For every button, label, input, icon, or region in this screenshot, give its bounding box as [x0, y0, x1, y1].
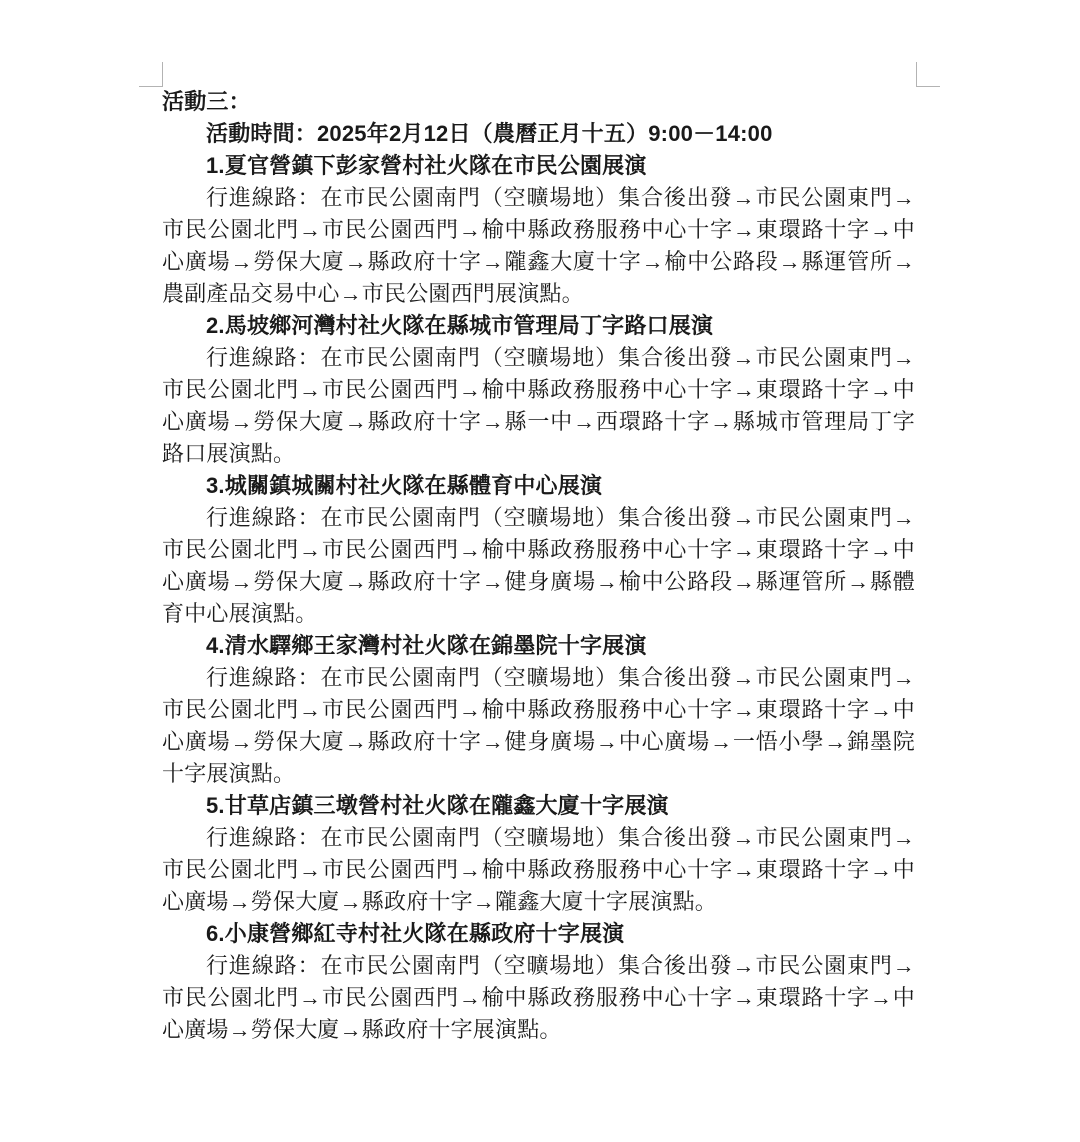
section-title: 6.小康營鄉紅寺村社火隊在縣政府十字展演: [162, 918, 915, 950]
route-line: 市民公園北門→市民公園西門→榆中縣政務服務中心十字→東環路十字→中: [162, 694, 915, 726]
route-line: 行進線路：在市民公園南門（空曠場地）集合後出發→市民公園東門→: [162, 822, 915, 854]
route-line: 市民公園北門→市民公園西門→榆中縣政務服務中心十字→東環路十字→中: [162, 374, 915, 406]
route-line: 育中心展演點。: [162, 598, 915, 630]
event-time-line: 活動時間：2025年2月12日（農曆正月十五）9:00－14:00: [162, 118, 915, 150]
text-boundary-corner-right-icon: [916, 62, 940, 87]
section-5: 5.甘草店鎮三墩營村社火隊在隴鑫大廈十字展演 行進線路：在市民公園南門（空曠場地…: [162, 790, 915, 918]
route-line: 市民公園北門→市民公園西門→榆中縣政務服務中心十字→東環路十字→中: [162, 982, 915, 1014]
route-line: 心廣場→勞保大廈→縣政府十字→健身廣場→榆中公路段→縣運管所→縣體: [162, 566, 915, 598]
document-body: 活動三： 活動時間：2025年2月12日（農曆正月十五）9:00－14:00 1…: [162, 86, 915, 1046]
route-line: 心廣場→勞保大廈→縣政府十字→健身廣場→中心廣場→一悟小學→錦墨院: [162, 726, 915, 758]
section-title: 3.城關鎮城關村社火隊在縣體育中心展演: [162, 470, 915, 502]
section-title: 5.甘草店鎮三墩營村社火隊在隴鑫大廈十字展演: [162, 790, 915, 822]
route-line: 市民公園北門→市民公園西門→榆中縣政務服務中心十字→東環路十字→中: [162, 534, 915, 566]
section-1: 1.夏官營鎮下彭家營村社火隊在市民公園展演 行進線路：在市民公園南門（空曠場地）…: [162, 150, 915, 310]
route-line: 市民公園北門→市民公園西門→榆中縣政務服務中心十字→東環路十字→中: [162, 854, 915, 886]
section-title: 4.清水驛鄉王家灣村社火隊在錦墨院十字展演: [162, 630, 915, 662]
route-line: 市民公園北門→市民公園西門→榆中縣政務服務中心十字→東環路十字→中: [162, 214, 915, 246]
route-line: 路口展演點。: [162, 438, 915, 470]
document-page: 活動三： 活動時間：2025年2月12日（農曆正月十五）9:00－14:00 1…: [0, 0, 1080, 1142]
route-line: 農副產品交易中心→市民公園西門展演點。: [162, 278, 915, 310]
section-title: 2.馬坡鄉河灣村社火隊在縣城市管理局丁字路口展演: [162, 310, 915, 342]
text-boundary-corner-left-icon: [139, 62, 163, 87]
section-4: 4.清水驛鄉王家灣村社火隊在錦墨院十字展演 行進線路：在市民公園南門（空曠場地）…: [162, 630, 915, 790]
doc-heading: 活動三：: [162, 86, 915, 118]
section-title: 1.夏官營鎮下彭家營村社火隊在市民公園展演: [162, 150, 915, 182]
route-line: 心廣場→勞保大廈→縣政府十字→隴鑫大廈十字→榆中公路段→縣運管所→: [162, 246, 915, 278]
route-line: 心廣場→勞保大廈→縣政府十字→隴鑫大廈十字展演點。: [162, 886, 915, 918]
route-line: 行進線路：在市民公園南門（空曠場地）集合後出發→市民公園東門→: [162, 950, 915, 982]
route-line: 行進線路：在市民公園南門（空曠場地）集合後出發→市民公園東門→: [162, 502, 915, 534]
route-line: 心廣場→勞保大廈→縣政府十字展演點。: [162, 1014, 915, 1046]
route-line: 行進線路：在市民公園南門（空曠場地）集合後出發→市民公園東門→: [162, 182, 915, 214]
route-line: 十字展演點。: [162, 758, 915, 790]
section-2: 2.馬坡鄉河灣村社火隊在縣城市管理局丁字路口展演 行進線路：在市民公園南門（空曠…: [162, 310, 915, 470]
route-line: 行進線路：在市民公園南門（空曠場地）集合後出發→市民公園東門→: [162, 342, 915, 374]
section-3: 3.城關鎮城關村社火隊在縣體育中心展演 行進線路：在市民公園南門（空曠場地）集合…: [162, 470, 915, 630]
section-6: 6.小康營鄉紅寺村社火隊在縣政府十字展演 行進線路：在市民公園南門（空曠場地）集…: [162, 918, 915, 1046]
route-line: 心廣場→勞保大廈→縣政府十字→縣一中→西環路十字→縣城市管理局丁字: [162, 406, 915, 438]
route-line: 行進線路：在市民公園南門（空曠場地）集合後出發→市民公園東門→: [162, 662, 915, 694]
